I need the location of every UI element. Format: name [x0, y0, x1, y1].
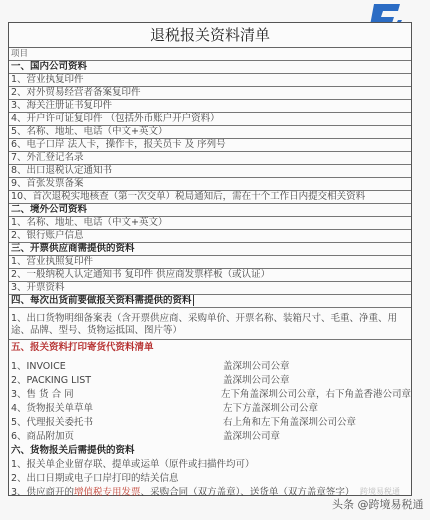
print-list-item: 4、货物报关单草单 左下方盖深圳公司公章 — [9, 402, 411, 416]
list-item: 5、名称、地址、电话（中文+英文） — [9, 126, 411, 139]
list-item: 1、营业执复印件 — [9, 74, 411, 87]
list-item: 8、出口退税认定通知书 — [9, 165, 411, 178]
stamp-requirement: 盖深圳公司章 — [223, 430, 411, 444]
print-list-item: 5、代理报关委托书 右上角和左下角盖深圳公司公章 — [9, 416, 411, 430]
list-item: 9、首张发票备案 — [9, 178, 411, 191]
section-heading: 四、每次出货前要做报关资料需提供的资料 — [9, 295, 411, 308]
section-heading: 五、报关资料打印寄货代资料清单 — [9, 340, 411, 356]
list-item: 10、首次退税实地核查（第一次交单）税局通知后，需在十个工作日内提交相关资料 — [9, 191, 411, 204]
stamp-requirement: 左下方盖深圳公司公章 — [223, 402, 411, 416]
stamp-requirement: 左下角盖深圳公司公章，右下角盖香港公司章 — [221, 388, 411, 402]
refund-checklist-document: 退税报关资料清单 项目 一、国内公司资料 1、营业执复印件 2、对外贸易经营者备… — [8, 22, 412, 496]
document-name: 4、货物报关单草单 — [11, 402, 223, 416]
section-heading-text: 四、每次出货前要做报关资料需提供的资料 — [11, 295, 194, 306]
list-item: 6、电子口岸 法人卡，操作卡，报关员卡 及 序列号 — [9, 139, 411, 152]
list-item: 1、出口货物明细备案表（含开票供应商、采购单价、开票名称、装箱尺寸、毛重、净重、… — [9, 308, 411, 340]
print-list-item: 1、INVOICE 盖深圳公司公章 — [9, 360, 411, 374]
watermark: 头条 @跨境易税通 — [332, 496, 424, 512]
stamp-requirement: 盖深圳公司公章 — [223, 360, 411, 374]
list-item: 1、营业执照复印件 — [9, 256, 411, 269]
document-name: 6、商品附加页 — [11, 430, 223, 444]
section-heading: 六、货物报关后需提供的资料 — [9, 444, 411, 458]
list-item: 2、银行账户信息 — [9, 230, 411, 243]
print-list-item: 6、商品附加页 盖深圳公司章 — [9, 430, 411, 444]
list-item: 2、出口日期或电子口岸打印的结关信息 — [9, 472, 411, 486]
list-item: 4、开户许可证复印件 （包括外币账户开户资料） — [9, 113, 411, 126]
list-item: 2、一般纳税人认定通知书 复印件 供应商发票样板（或认证） — [9, 269, 411, 282]
document-name: 2、PACKING LIST — [11, 374, 223, 388]
section-heading: 一、国内公司资料 — [9, 61, 411, 74]
document-name: 3、售 货 合 同 — [11, 388, 221, 402]
print-list-item: 3、售 货 合 同 左下角盖深圳公司公章，右下角盖香港公司章 — [9, 388, 411, 402]
section-heading: 二、境外公司资料 — [9, 204, 411, 217]
list-item: 7、外汇登记名录 — [9, 152, 411, 165]
list-item: 1、报关单企业留存联、提单或运单（原件或扫描件均可） — [9, 458, 411, 472]
list-item: 3、海关注册证书复印件 — [9, 100, 411, 113]
document-name: 5、代理报关委托书 — [11, 416, 223, 430]
stamp-requirement: 盖深圳公司公章 — [223, 374, 411, 388]
list-item-suffix: 、采购合同（双方盖章）、送货单（双方盖章签字） — [141, 486, 355, 500]
document-title: 退税报关资料清单 — [9, 23, 411, 48]
vat-invoice-highlight: 增值税专用发票 — [74, 486, 141, 500]
list-item: 2、对外贸易经营者备案复印件 — [9, 87, 411, 100]
section-heading: 三、开票供应商需提供的资料 — [9, 243, 411, 256]
list-item: 3、开票资料 — [9, 282, 411, 295]
column-label: 项目 — [9, 48, 411, 61]
list-item-prefix: 3、供应商开的 — [11, 486, 74, 500]
stamp-requirement: 右上角和左下角盖深圳公司公章 — [223, 416, 411, 430]
list-item: 1、名称、地址、电话（中文+英文） — [9, 217, 411, 230]
print-list-item: 2、PACKING LIST 盖深圳公司公章 — [9, 374, 411, 388]
document-name: 1、INVOICE — [11, 360, 223, 374]
